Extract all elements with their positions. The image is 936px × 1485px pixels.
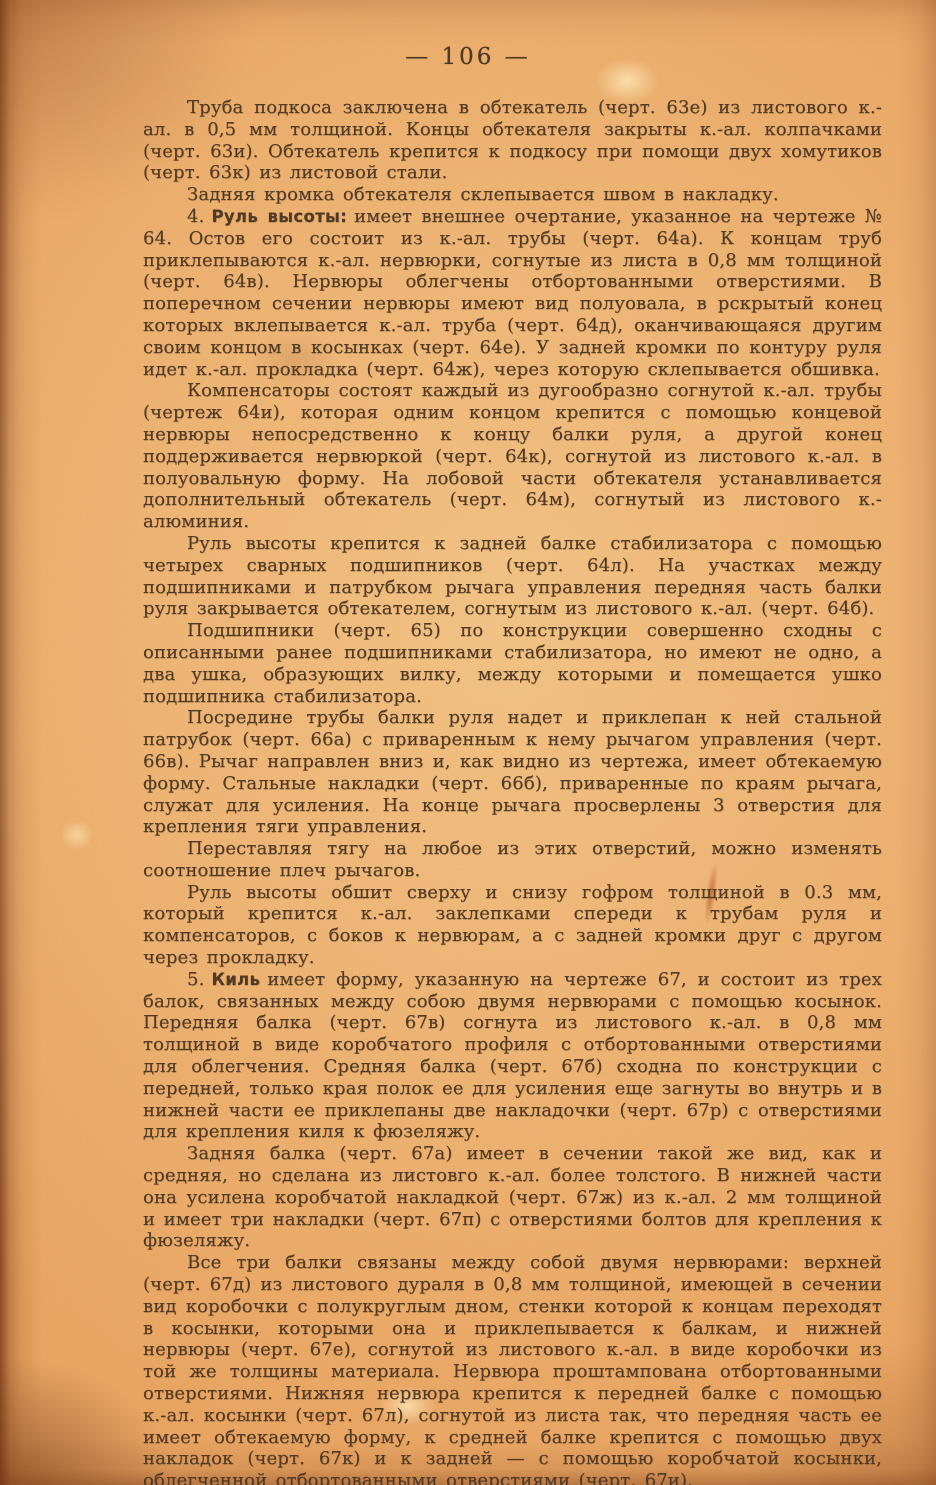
paragraph-text: имеет внешнее очертание, указанное на че…	[143, 206, 882, 380]
section-number: 4.	[187, 206, 204, 227]
paragraph-text: Посредине трубы балки руля надет и прикл…	[143, 707, 882, 837]
text-block: Труба подкоса заключена в обтекатель (че…	[143, 97, 882, 1485]
book-page: — 106 — Труба подкоса заключена в обтека…	[0, 0, 936, 1485]
paragraph-text: Все три балки связаны между собой двумя …	[143, 1252, 882, 1485]
paragraph-section-4: 4.Руль высоты:имеет внешнее очертание, у…	[143, 206, 882, 380]
paragraph: Труба подкоса заключена в обтекатель (че…	[143, 97, 882, 184]
paragraph-text: Задняя кромка обтекателя склепывается шв…	[187, 184, 779, 205]
paragraph: Задняя балка (черт. 67а) имеет в сечении…	[143, 1143, 882, 1252]
section-number: 5.	[187, 969, 204, 990]
section-title: Руль высоты:	[211, 207, 347, 226]
paragraph-text: Компенсаторы состоят каждый из дугообраз…	[143, 380, 882, 532]
paragraph: Руль высоты крепится к задней балке стаб…	[143, 533, 882, 620]
paragraph: Все три балки связаны между собой двумя …	[143, 1252, 882, 1485]
paragraph-text: Руль высоты обшит сверху и снизу гофром …	[143, 882, 882, 968]
paragraph: Руль высоты обшит сверху и снизу гофром …	[143, 882, 882, 969]
paragraph: Компенсаторы состоят каждый из дугообраз…	[143, 380, 882, 533]
paragraph-text: Задняя балка (черт. 67а) имеет в сечении…	[143, 1143, 882, 1251]
paragraph: Задняя кромка обтекателя склепывается шв…	[143, 184, 882, 206]
page-number: — 106 —	[0, 44, 936, 70]
paragraph-section-5: 5.Кильимеет форму, указанную на чертеже …	[143, 969, 882, 1143]
paragraph-text: Труба подкоса заключена в обтекатель (че…	[143, 97, 882, 183]
paragraph-text: Переставляя тягу на любое из этих отверс…	[143, 838, 882, 881]
paragraph: Посредине трубы балки руля надет и прикл…	[143, 707, 882, 838]
paragraph: Подшипники (черт. 65) по конструкции сов…	[143, 620, 882, 707]
paper-stain	[60, 820, 94, 850]
paragraph-text: имеет форму, указанную на чертеже 67, и …	[143, 969, 882, 1143]
section-title: Киль	[211, 970, 260, 989]
paragraph: Переставляя тягу на любое из этих отверс…	[143, 838, 882, 882]
paragraph-text: Подшипники (черт. 65) по конструкции сов…	[143, 620, 882, 706]
paragraph-text: Руль высоты крепится к задней балке стаб…	[143, 533, 882, 619]
